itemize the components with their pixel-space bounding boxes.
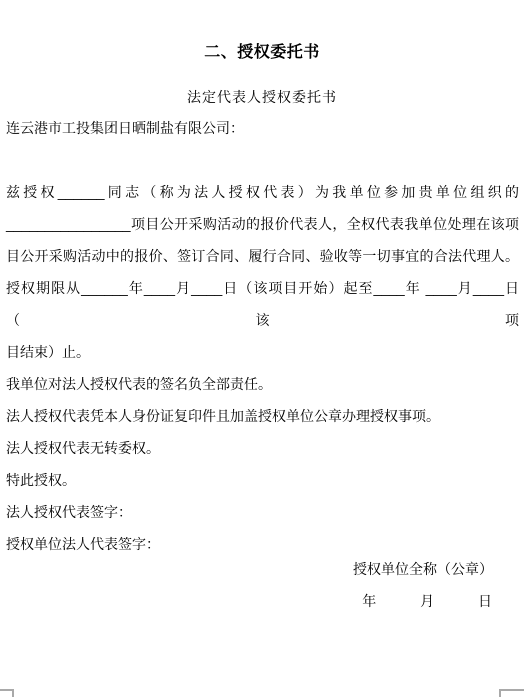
body-line-representative-signature-label: 法人授权代表签字： bbox=[6, 496, 519, 528]
body-line-duration-end: 目结束）止。 bbox=[6, 336, 519, 368]
body-paragraphs: 兹授权______同志（称为法人授权代表）为我单位参加贵单位组织的 ______… bbox=[6, 176, 519, 560]
body-line-project-blank: ________________项目公开采购活动的报价代表人，全权代表我单位处理… bbox=[6, 208, 519, 240]
body-line-agent-scope: 目公开采购活动中的报价、签订合同、履行合同、验收等一切事宜的合法代理人。 bbox=[6, 240, 519, 272]
body-line-duration: 授权期限从______年____月____日（该项目开始）起至____年 ___… bbox=[6, 272, 519, 336]
document-page: 二、授权委托书 法定代表人授权委托书 连云港市工投集团日晒制盐有限公司： 兹授权… bbox=[0, 0, 524, 698]
text-boundary-mark-bottom-left bbox=[0, 689, 14, 697]
signature-date-line: 年 月 日 bbox=[0, 585, 524, 617]
text-boundary-mark-bottom-right bbox=[499, 689, 524, 697]
body-line-authorize: 兹授权______同志（称为法人授权代表）为我单位参加贵单位组织的 bbox=[6, 176, 519, 208]
month-label: 月 bbox=[420, 593, 434, 609]
body-line-no-delegation: 法人授权代表无转委权。 bbox=[6, 432, 519, 464]
year-label: 年 bbox=[362, 593, 376, 609]
body-line-responsibility: 我单位对法人授权代表的签名负全部责任。 bbox=[6, 368, 519, 400]
document-subtitle: 法定代表人授权委托书 bbox=[0, 87, 524, 107]
section-title: 二、授权委托书 bbox=[0, 42, 524, 64]
body-line-hereby: 特此授权。 bbox=[6, 464, 519, 496]
signature-block: 授权单位全称（公章） 年 月 日 bbox=[0, 553, 524, 617]
signature-unit-seal-label: 授权单位全称（公章） bbox=[0, 553, 524, 585]
salutation-line: 连云港市工投集团日晒制盐有限公司： bbox=[6, 118, 519, 138]
body-line-id-copy: 法人授权代表凭本人身份证复印件且加盖授权单位公章办理授权事项。 bbox=[6, 400, 519, 432]
day-label: 日 bbox=[478, 593, 492, 609]
